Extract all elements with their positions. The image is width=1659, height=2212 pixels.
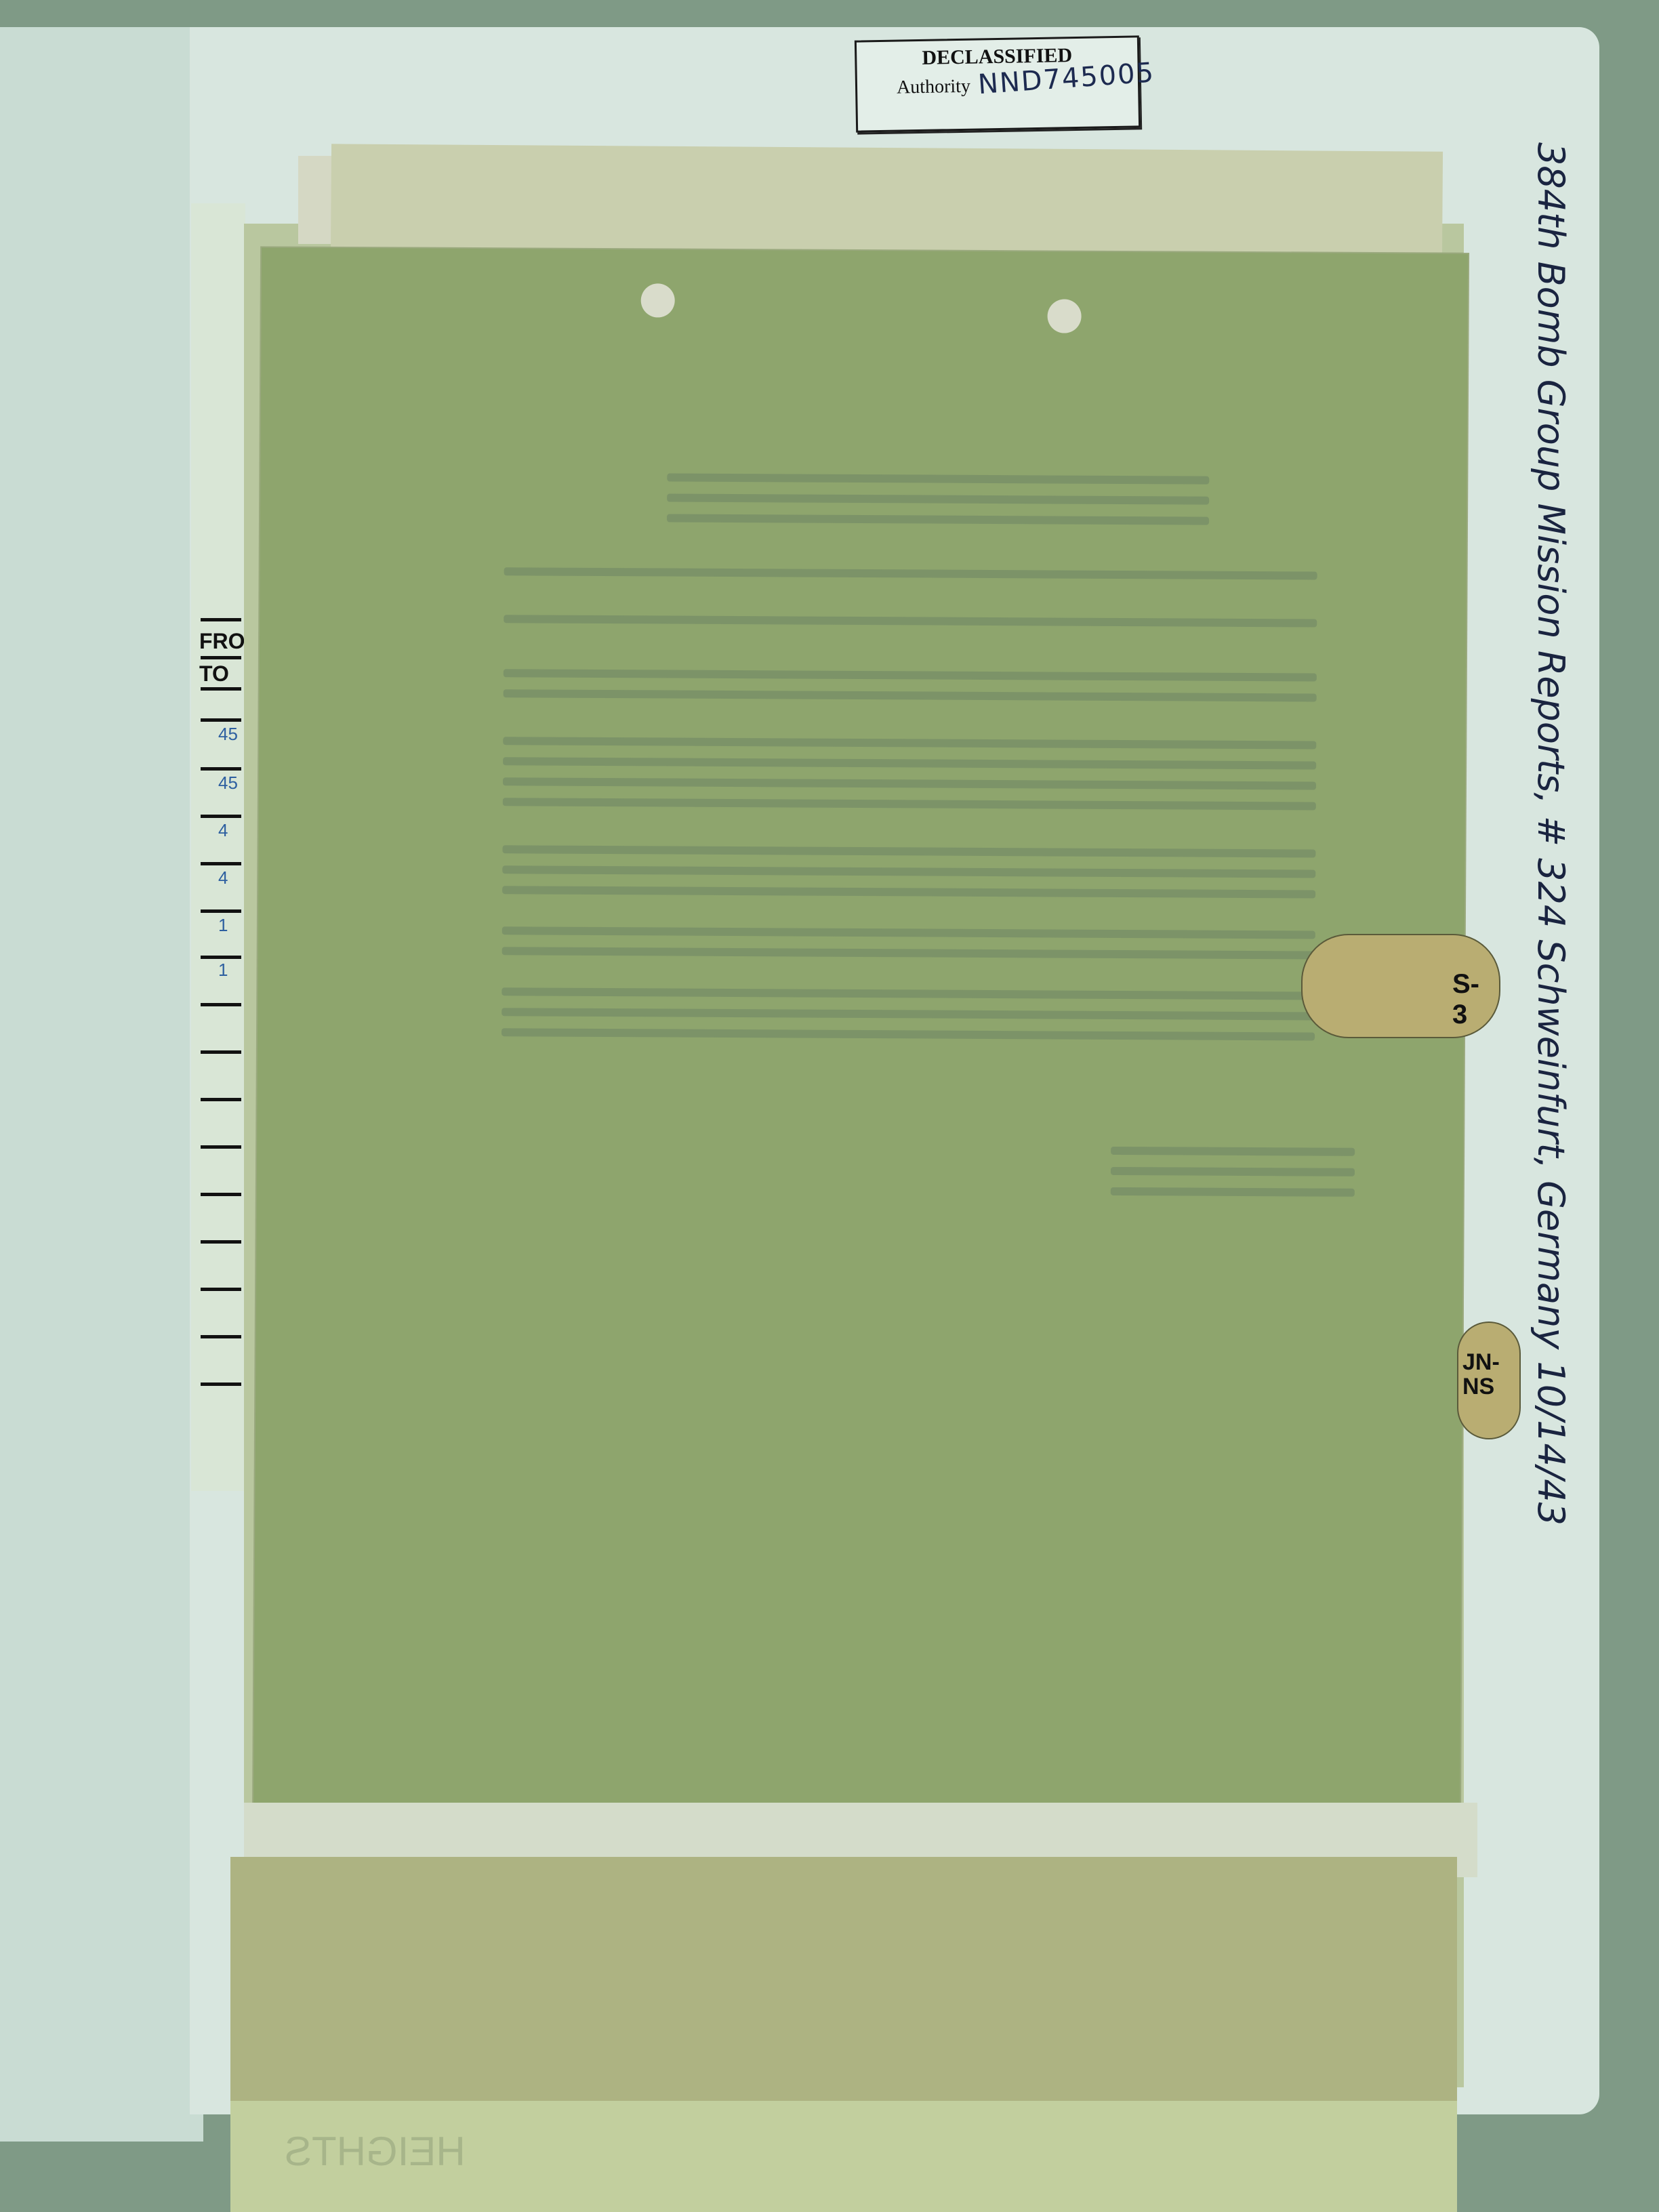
typed-line bbox=[502, 947, 1315, 959]
form-entry: 4 bbox=[218, 820, 228, 841]
typed-line bbox=[1111, 1187, 1355, 1197]
folder-back-cover bbox=[0, 27, 203, 2142]
typed-line bbox=[503, 737, 1316, 749]
typed-line bbox=[667, 473, 1209, 484]
typed-line bbox=[502, 926, 1315, 939]
typed-line bbox=[501, 987, 1315, 1000]
form-entry: 4 bbox=[218, 867, 228, 888]
typed-line bbox=[502, 845, 1315, 857]
lower-sheet bbox=[230, 1857, 1457, 2128]
typed-line bbox=[1111, 1147, 1355, 1156]
typed-line bbox=[503, 798, 1316, 810]
form-edge-strip: FRO TO 45 45 4 4 1 1 bbox=[191, 203, 245, 1491]
form-entry: 45 bbox=[218, 773, 238, 794]
form-entry: 1 bbox=[218, 915, 228, 936]
stamp-authority-label: Authority bbox=[897, 76, 970, 99]
typed-line bbox=[504, 567, 1317, 579]
form-entry: 45 bbox=[218, 724, 238, 745]
handwritten-folder-label: 384th Bomb Group Mission Reports, # 324 … bbox=[1477, 142, 1572, 1430]
mirrored-heading: HEIGHTS bbox=[285, 2128, 466, 2175]
form-entry: 1 bbox=[218, 960, 228, 981]
typed-line bbox=[502, 865, 1315, 878]
punch-hole bbox=[641, 283, 675, 317]
typed-line bbox=[504, 669, 1317, 681]
typed-line bbox=[501, 1028, 1315, 1040]
typed-line bbox=[504, 615, 1317, 627]
typed-line bbox=[504, 689, 1317, 701]
form-from-header: FRO bbox=[199, 629, 245, 654]
tab-s3[interactable]: S-3 bbox=[1301, 934, 1500, 1038]
bottom-form-strip: HEIGHTS bbox=[230, 2101, 1457, 2212]
main-document-sheet bbox=[253, 247, 1468, 1832]
typed-line bbox=[502, 886, 1315, 898]
declassified-stamp: DECLASSIFIED Authority NND745005 bbox=[855, 35, 1141, 132]
typed-line bbox=[501, 1008, 1315, 1020]
typed-line bbox=[503, 777, 1316, 790]
typed-line bbox=[667, 493, 1209, 504]
punch-hole bbox=[1047, 299, 1081, 333]
form-to-header: TO bbox=[199, 661, 229, 687]
typed-line bbox=[503, 757, 1316, 769]
typed-line bbox=[1111, 1167, 1355, 1176]
typed-line bbox=[667, 514, 1209, 525]
